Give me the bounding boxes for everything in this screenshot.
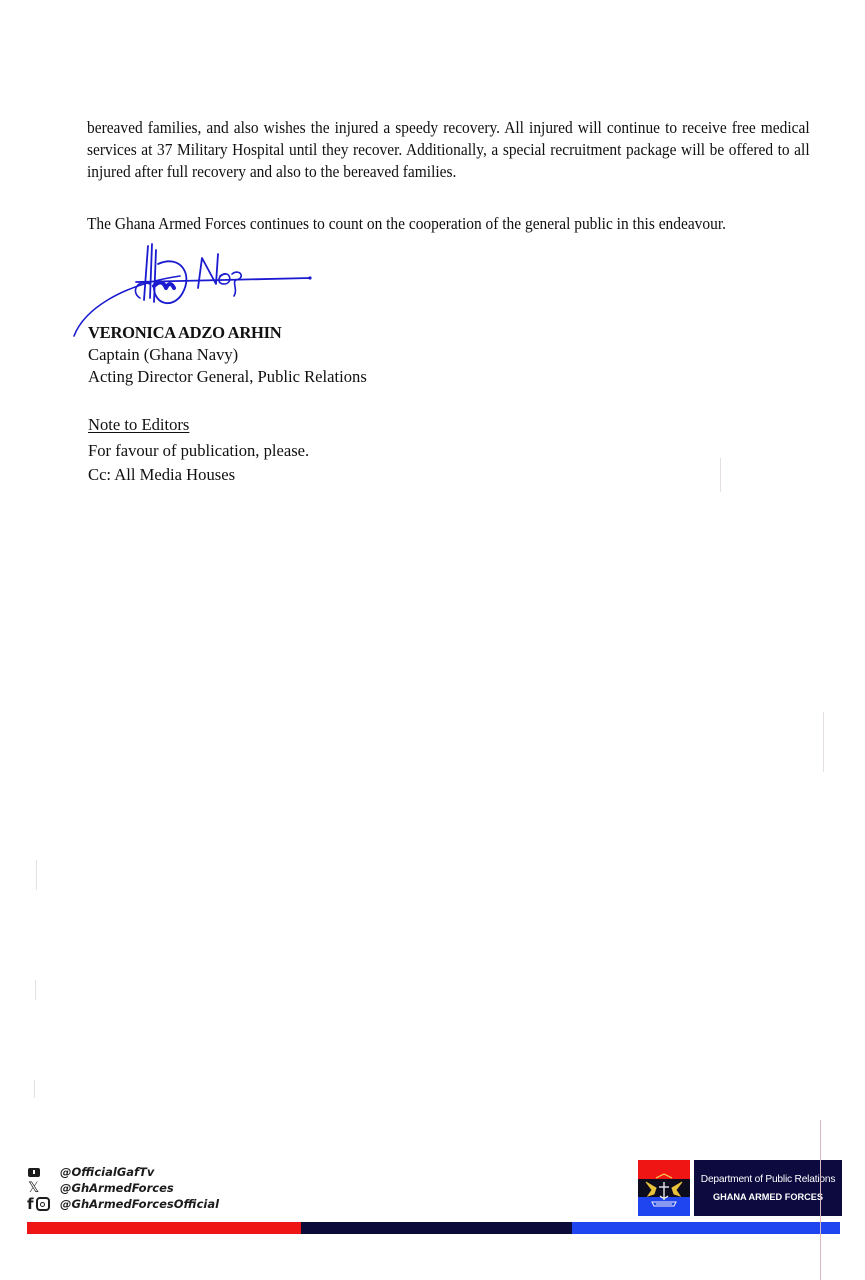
- note-heading: Note to Editors: [88, 413, 309, 437]
- instagram-icon: [36, 1197, 50, 1211]
- department-name: Department of Public Relations: [701, 1174, 835, 1185]
- scan-artifact: [823, 712, 824, 772]
- gaf-crest-icon: [638, 1160, 690, 1216]
- social-row-x[interactable]: 𝕏 @GhArmedForces: [27, 1180, 219, 1196]
- social-row-facebook-instagram[interactable]: f @GhArmedForcesOfficial: [27, 1196, 219, 1212]
- youtube-handle[interactable]: @OfficialGafTv: [60, 1165, 154, 1179]
- scan-artifact: [35, 980, 36, 1000]
- signatory-rank: Captain (Ghana Navy): [88, 344, 367, 366]
- signature-block: VERONICA ADZO ARHIN Captain (Ghana Navy)…: [88, 322, 367, 388]
- facebook-instagram-handle[interactable]: @GhArmedForcesOfficial: [60, 1197, 219, 1211]
- scan-artifact: [34, 1080, 35, 1098]
- youtube-icon: [28, 1168, 40, 1177]
- scan-artifact: [36, 860, 37, 890]
- body-paragraph-cooperation: The Ghana Armed Forces continues to coun…: [87, 213, 810, 235]
- scan-edge-line: [820, 1120, 821, 1280]
- signatory-title: Acting Director General, Public Relation…: [88, 366, 367, 388]
- organization-name: GHANA ARMED FORCES: [713, 1192, 823, 1202]
- body-paragraph-recovery: bereaved families, and also wishes the i…: [87, 117, 810, 183]
- social-handles: @OfficialGafTv 𝕏 @GhArmedForces f @GhArm…: [27, 1164, 219, 1212]
- note-line-publication: For favour of publication, please.: [88, 439, 309, 463]
- document-page: bereaved families, and also wishes the i…: [0, 0, 865, 1280]
- social-row-youtube[interactable]: @OfficialGafTv: [27, 1164, 219, 1180]
- department-brand: Department of Public Relations GHANA ARM…: [638, 1160, 842, 1216]
- x-handle[interactable]: @GhArmedForces: [60, 1181, 174, 1195]
- footer-stripe-red: [27, 1222, 301, 1234]
- scan-artifact: [720, 458, 721, 492]
- facebook-icon: f: [27, 1197, 34, 1212]
- signatory-name: VERONICA ADZO ARHIN: [88, 322, 367, 344]
- footer-stripe-blue: [572, 1222, 840, 1234]
- x-icon: 𝕏: [28, 1181, 39, 1195]
- note-to-editors: Note to Editors For favour of publicatio…: [88, 413, 309, 487]
- footer-stripe-navy: [301, 1222, 572, 1234]
- note-line-cc: Cc: All Media Houses: [88, 463, 309, 487]
